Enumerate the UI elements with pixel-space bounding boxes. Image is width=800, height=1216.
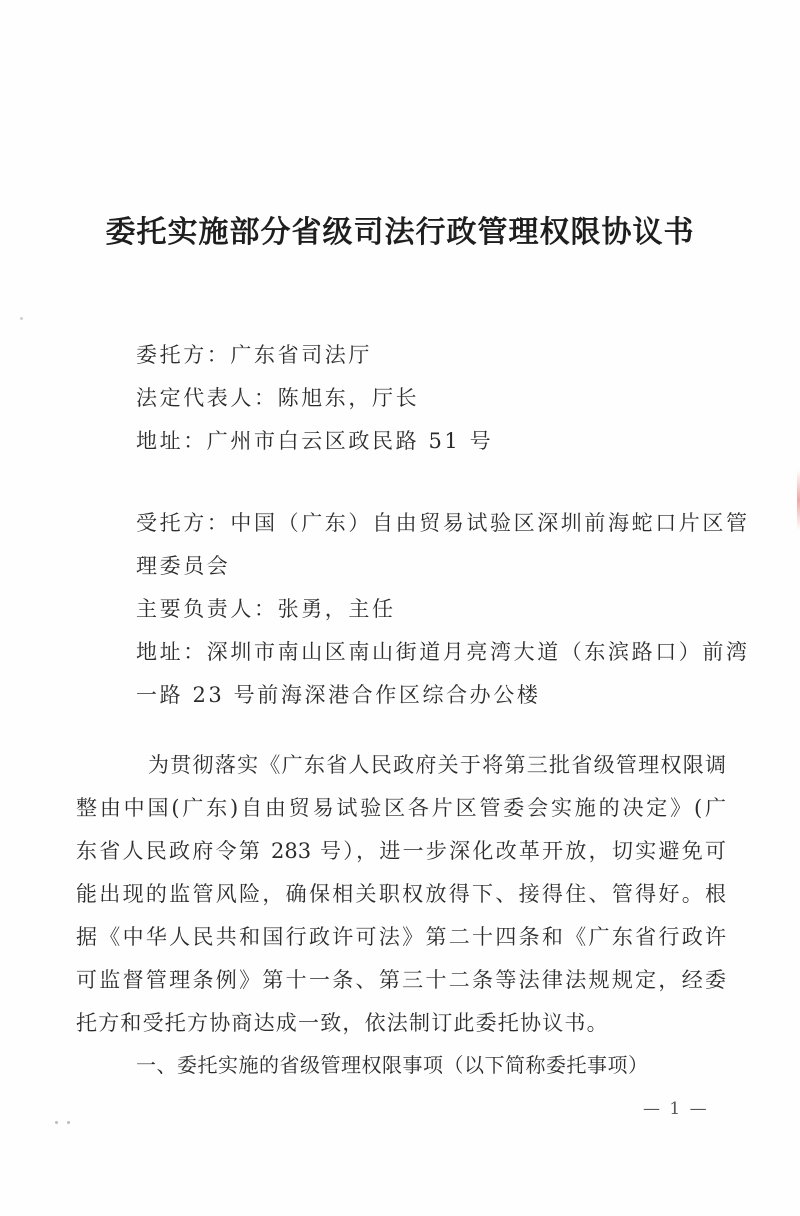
preamble-line: 东省人民政府令第 283 号），进一步深化改革开放，切实避免可 (76, 836, 726, 866)
preamble-line: 整由中国(广东)自由贸易试验区各片区管委会实施的决定》(广 (76, 793, 726, 823)
document-title: 委托实施部分省级司法行政管理权限协议书 (0, 213, 800, 253)
preamble-line: 据《中华人民共和国行政许可法》第二十四条和《广东省行政许 (76, 922, 726, 952)
preamble-line: 托方和受托方协商达成一致，依法制订此委托协议书。 (76, 1008, 609, 1038)
principal-address: 地址：广州市白云区政民路 51 号 (136, 426, 493, 456)
agent-party-line-2: 理委员会 (136, 551, 230, 581)
preamble-line: 能出现的监管风险，确保相关职权放得下、接得住、管得好。根 (76, 879, 726, 909)
preamble-line: 可监督管理条例》第十一条、第三十二条等法律法规规定，经委 (76, 965, 726, 995)
document-page: 委托实施部分省级司法行政管理权限协议书 委托方：广东省司法厅 法定代表人：陈旭东… (0, 0, 800, 1216)
agent-party-line-1: 受托方：中国（广东）自由贸易试验区深圳前海蛇口片区管 (136, 508, 750, 538)
scan-speck (55, 1121, 58, 1124)
agent-head: 主要负责人：张勇，主任 (136, 594, 396, 624)
agent-address-line-2: 一路 23 号前海深港合作区综合办公楼 (136, 680, 540, 710)
scan-speck (67, 1121, 70, 1124)
scan-speck (20, 317, 23, 320)
agent-address-line-1: 地址：深圳市南山区南山街道月亮湾大道（东滨路口）前湾 (136, 637, 750, 667)
principal-representative: 法定代表人：陈旭东，厅长 (136, 383, 419, 413)
section-heading: 一、委托实施的省级管理权限事项（以下简称委托事项） (136, 1050, 649, 1080)
principal-party: 委托方：广东省司法厅 (136, 340, 372, 370)
page-number: — 1 — (643, 1097, 709, 1121)
preamble-line: 为贯彻落实《广东省人民政府关于将第三批省级管理权限调 (148, 750, 726, 780)
